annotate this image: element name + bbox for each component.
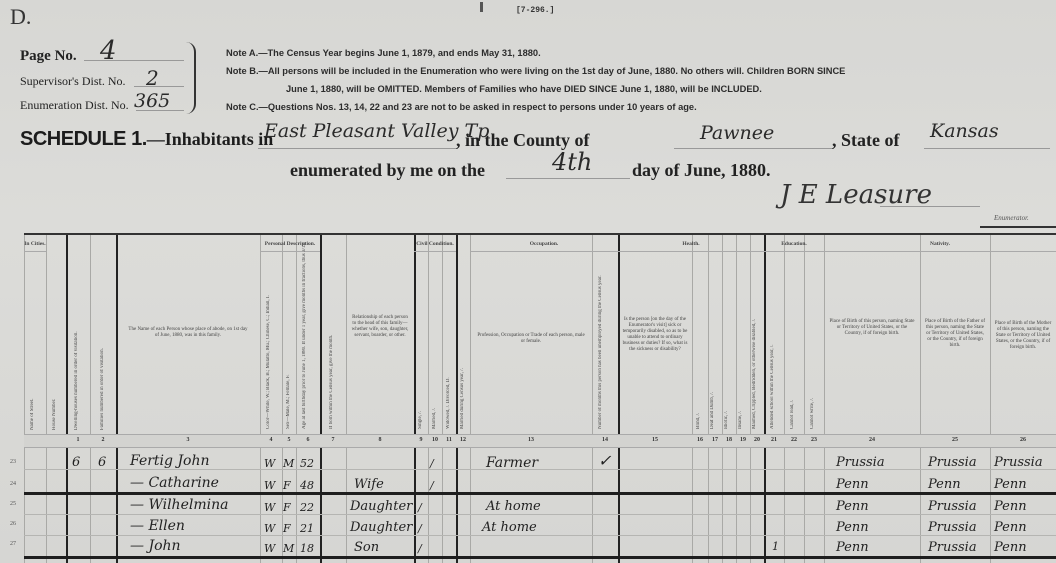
father-birthplace: Prussia xyxy=(928,520,977,535)
mother-birthplace: Prussia xyxy=(994,455,1043,470)
row-rule xyxy=(24,514,1056,515)
line-number: 27 xyxy=(10,541,16,547)
note-b-line2: June 1, 1880, will be OMITTED. Members o… xyxy=(226,80,1026,98)
hdr-name: The Name of each Person whose place of a… xyxy=(128,327,248,339)
group-civil: Civil Condition. xyxy=(414,241,456,247)
col-number: 3 xyxy=(116,437,260,443)
hdr-insane: Insane, /. xyxy=(738,375,743,429)
col-number: 20 xyxy=(750,437,764,443)
birthplace: Penn xyxy=(836,499,869,514)
hdr-maimed: Maimed, Crippled, Bedridden, or otherwis… xyxy=(752,255,757,429)
group-occupation: Occupation. xyxy=(470,241,618,247)
person-name: — Wilhelmina xyxy=(130,497,228,513)
supervisor-label: Supervisor's Dist. No. xyxy=(20,74,126,89)
enumeration-label: Enumeration Dist. No. xyxy=(20,98,129,113)
hdr-widowed: Widowed, /. Divorced, D. xyxy=(446,345,451,429)
col-number: 15 xyxy=(618,437,692,443)
married-mark: / xyxy=(430,479,434,492)
hdr-age: Age at last birthday prior to June 1, 18… xyxy=(302,257,307,429)
line-number: 26 xyxy=(10,521,16,527)
schedule-title: SCHEDULE 1.—Inhabitants in xyxy=(20,128,273,151)
group-education: Education. xyxy=(764,241,824,247)
group-rule xyxy=(764,251,824,252)
signature-line xyxy=(880,206,980,207)
day-line xyxy=(506,178,630,179)
col-number: 18 xyxy=(722,437,736,443)
age: 22 xyxy=(300,501,314,514)
col-number: 26 xyxy=(990,437,1056,443)
color: W xyxy=(264,479,275,492)
hdr-sex: Sex—Male, M.; Female, F. xyxy=(286,305,291,429)
page-no-value: 4 xyxy=(100,36,117,66)
note-c: Note C.—Questions Nos. 13, 14, 22 and 23… xyxy=(226,98,1026,116)
relationship: Daughter xyxy=(350,520,412,535)
county-line xyxy=(674,148,834,149)
county-value: Pawnee xyxy=(700,122,774,144)
hdr-dwelling: Dwelling-houses numbered in order of vis… xyxy=(74,275,79,430)
person-name: — John xyxy=(130,538,181,554)
note-a: Note A.—The Census Year begins June 1, 1… xyxy=(226,44,1026,62)
mother-birthplace: Penn xyxy=(994,499,1027,514)
sex: M xyxy=(283,542,294,555)
relationship: Daughter xyxy=(350,499,412,514)
row-rule xyxy=(24,535,1056,536)
sex: F xyxy=(283,501,291,514)
group-rule xyxy=(618,251,764,252)
col-number: 19 xyxy=(736,437,750,443)
enumeration-value: 365 xyxy=(134,90,170,112)
birthplace: Penn xyxy=(836,520,869,535)
col-number: 8 xyxy=(346,437,414,443)
hdr-months-unemployed: Number of months this person has been un… xyxy=(598,255,603,429)
group-rule xyxy=(824,251,1056,252)
page-mark xyxy=(480,2,483,12)
hdr-school: Attended school within the Census year, … xyxy=(770,285,775,429)
col-number: 12 xyxy=(456,437,470,443)
col-number: 13 xyxy=(470,437,592,443)
person-name: — Catharine xyxy=(130,475,219,491)
married-mark: / xyxy=(430,457,434,470)
supervisor-value: 2 xyxy=(146,66,159,90)
birthplace: Penn xyxy=(836,540,869,555)
occupation: At home xyxy=(482,520,537,535)
single-mark: / xyxy=(418,522,422,535)
hdr-deaf: Deaf and Dumb, /. xyxy=(710,355,715,429)
hdr-profession: Profession, Occupation or Trade of each … xyxy=(476,333,586,345)
hdr-married: Married, /. xyxy=(432,385,437,429)
person-name: — Ellen xyxy=(130,518,185,534)
relationship: Son xyxy=(354,540,379,555)
township-line xyxy=(258,148,458,149)
col-number: 9 xyxy=(414,437,428,443)
school-mark: 1 xyxy=(772,540,779,553)
col-number: 14 xyxy=(592,437,618,443)
line-number: 24 xyxy=(10,481,16,487)
col-number: 11 xyxy=(442,437,456,443)
hdr-family: Families numbered in order of visitation… xyxy=(100,295,105,430)
hdr-birth-father: Place of Birth of the Father of this per… xyxy=(924,319,986,349)
state-label: , State of xyxy=(832,130,899,151)
person-name: Fertig John xyxy=(130,453,210,469)
family-number: 6 xyxy=(98,455,106,470)
group-rule xyxy=(414,251,456,252)
notes: Note A.—The Census Year begins June 1, 1… xyxy=(226,44,1026,116)
col-number: 10 xyxy=(428,437,442,443)
line-number: 25 xyxy=(10,501,16,507)
enumerated-label: enumerated by me on the xyxy=(290,160,485,181)
signature-rule xyxy=(980,226,1056,228)
age: 21 xyxy=(300,522,314,535)
father-birthplace: Penn xyxy=(928,477,961,492)
census-page: D. [7-296.] Page No. 4 Supervisor's Dist… xyxy=(0,0,1056,563)
age: 18 xyxy=(300,542,314,555)
sex: F xyxy=(283,522,291,535)
group-in-cities: In Cities. xyxy=(24,241,46,247)
age: 48 xyxy=(300,479,314,492)
col-number: 22 xyxy=(784,437,804,443)
col-number: 2 xyxy=(90,437,116,443)
single-mark: / xyxy=(418,501,422,514)
row-rule-heavy xyxy=(24,492,1056,495)
col-number: 16 xyxy=(692,437,708,443)
color: W xyxy=(264,457,275,470)
brace xyxy=(186,42,196,114)
hdr-married-year: Married during Census year, /. xyxy=(460,335,465,429)
row-rule xyxy=(24,469,1056,470)
hdr-cannot-write: Cannot write, /. xyxy=(810,365,815,429)
inhabitants-label: —Inhabitants in xyxy=(147,129,274,149)
mother-birthplace: Penn xyxy=(994,520,1027,535)
form-number: [7-296.] xyxy=(516,6,554,15)
page-no-label: Page No. xyxy=(20,48,77,65)
hdr-relationship: Relationship of each person to the head … xyxy=(350,315,410,339)
single-mark: / xyxy=(418,542,422,555)
occupation: Farmer xyxy=(486,455,538,471)
group-personal: Personal Description. xyxy=(260,241,320,247)
enumerator-label: Enumerator. xyxy=(994,214,1029,222)
hdr-blind: Blind, /. xyxy=(696,385,701,429)
schedule-number: SCHEDULE 1. xyxy=(20,128,147,150)
group-nativity: Nativity. xyxy=(824,241,1056,247)
color: W xyxy=(264,522,275,535)
sex: F xyxy=(283,479,291,492)
father-birthplace: Prussia xyxy=(928,499,977,514)
color: W xyxy=(264,501,275,514)
col-number: 23 xyxy=(804,437,824,443)
col-number: 6 xyxy=(296,437,320,443)
date-label: day of June, 1880. xyxy=(632,160,771,181)
hdr-color: Color—White, W.; Black, B.; Mulatto, Mu.… xyxy=(266,257,271,429)
group-rule xyxy=(24,251,46,252)
hdr-birth-person: Place of Birth of this person, naming St… xyxy=(828,319,916,337)
col-number: 25 xyxy=(920,437,990,443)
col-number: 1 xyxy=(66,437,90,443)
state-value: Kansas xyxy=(930,120,999,142)
mother-birthplace: Penn xyxy=(994,540,1027,555)
page-no-line xyxy=(84,60,184,61)
note-b-line1: Note B.—All persons will be included in … xyxy=(226,62,1026,80)
col-number: 7 xyxy=(320,437,346,443)
col-number: 21 xyxy=(764,437,784,443)
sex: M xyxy=(283,457,294,470)
col-number: 5 xyxy=(282,437,296,443)
unemployed-check: ✓ xyxy=(598,451,611,470)
col-number: 24 xyxy=(824,437,920,443)
group-rule xyxy=(260,251,320,252)
birthplace: Prussia xyxy=(836,455,885,470)
row-rule-heavy xyxy=(24,556,1056,559)
hdr-single: Single, /. xyxy=(418,385,423,429)
relationship: Wife xyxy=(354,477,384,492)
col-number: 17 xyxy=(708,437,722,443)
form-letter: D. xyxy=(10,4,31,30)
line-number: 23 xyxy=(10,459,16,465)
mother-birthplace: Penn xyxy=(994,477,1027,492)
day-value: 4th xyxy=(552,148,592,176)
hdr-idiotic: Idiotic, /. xyxy=(724,375,729,429)
hdr-birth-mother: Place of Birth of the Mother of this per… xyxy=(994,321,1052,351)
hdr-sick: Is the person [on the day of the Enumera… xyxy=(622,317,688,353)
state-line xyxy=(924,148,1050,149)
hdr-cannot-read: Cannot read, /. xyxy=(790,365,795,429)
birthplace: Penn xyxy=(836,477,869,492)
dwelling-number: 6 xyxy=(72,455,80,470)
occupation: At home xyxy=(486,499,541,514)
father-birthplace: Prussia xyxy=(928,455,977,470)
col-number: 4 xyxy=(260,437,282,443)
census-table: In Cities. Personal Description. Civil C… xyxy=(24,233,1056,563)
age: 52 xyxy=(300,457,314,470)
group-health: Health. xyxy=(618,241,764,247)
supervisor-line xyxy=(134,86,184,87)
hdr-house-number: House Number. xyxy=(52,375,57,430)
color: W xyxy=(264,542,275,555)
hdr-street: Name of Street. xyxy=(30,375,35,430)
group-rule xyxy=(470,251,618,252)
hdr-born-month: If born within the Census year, give the… xyxy=(329,265,334,429)
father-birthplace: Prussia xyxy=(928,540,977,555)
